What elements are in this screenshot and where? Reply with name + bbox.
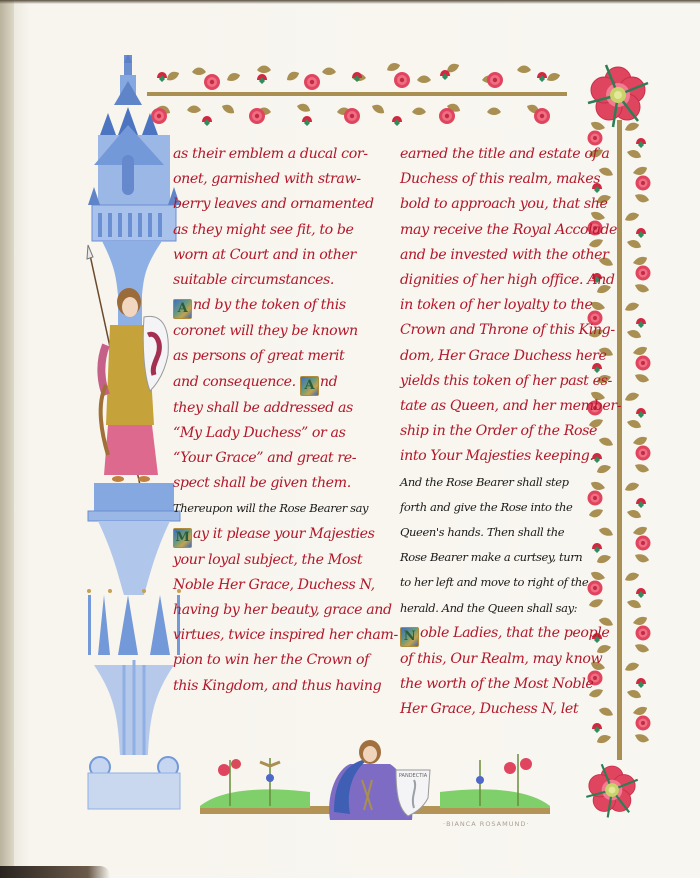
text-line: virtues, twice inspired her cham- xyxy=(173,623,358,648)
text-line: ship in the Order of the Rose xyxy=(400,419,585,444)
text-line: earned the title and estate of a xyxy=(400,142,585,167)
text-line: suitable circumstances. xyxy=(173,268,358,293)
left-text-column: as their emblem a ducal cor- onet, garni… xyxy=(173,142,358,699)
gothic-tower-column xyxy=(84,55,184,815)
seated-lady-figure: PANDECTIA xyxy=(329,740,430,820)
text-line-tail: nd xyxy=(320,374,337,390)
text-line: Noble Ladies, that the people xyxy=(400,621,585,647)
top-rose-vine-border xyxy=(147,58,567,130)
text-line: worn at Court and in other xyxy=(173,243,358,268)
text-line: “Your Grace” and great re- xyxy=(173,446,358,471)
shield-label: PANDECTIA xyxy=(399,773,428,779)
rubric-instruction: herald. And the Queen shall say: xyxy=(400,596,585,621)
text-line: as persons of great merit xyxy=(173,344,358,369)
right-text-column: earned the title and estate of a Duchess… xyxy=(400,142,585,722)
text-line: as their emblem a ducal cor- xyxy=(173,142,358,167)
text-line: spect shall be given them. xyxy=(173,471,358,496)
text-line: the worth of the Most Noble xyxy=(400,672,585,697)
text-line: as they might see fit, to be xyxy=(173,218,358,243)
manuscript-page: as their emblem a ducal cor- onet, garni… xyxy=(0,0,700,878)
illuminated-dropcap-n: N xyxy=(400,627,419,647)
text-line: Noble Her Grace, Duchess N, xyxy=(173,573,358,598)
rubric-instruction: And the Rose Bearer shall step xyxy=(400,470,585,495)
text-line: “My Lady Duchess” or as xyxy=(173,421,358,446)
text-line: in token of her loyalty to the xyxy=(400,293,585,318)
artist-signature: ·BIANCA ROSAMUND· xyxy=(443,820,529,828)
illuminated-dropcap-a: A xyxy=(300,376,319,396)
text-line: May it please your Majesties xyxy=(173,522,358,548)
tudor-rose-bottom-icon xyxy=(582,760,642,820)
top-shadow xyxy=(0,0,700,4)
text-line-body: and consequence. xyxy=(173,374,296,390)
illuminated-dropcap-m: M xyxy=(173,528,192,548)
text-line: tate as Queen, and her member- xyxy=(400,394,585,419)
garden-vignette-with-seated-lady: PANDECTIA xyxy=(200,740,550,820)
text-line: this Kingdom, and thus having xyxy=(173,674,358,699)
text-line: your loyal subject, the Most xyxy=(173,548,358,573)
text-line: coronet will they be known xyxy=(173,319,358,344)
text-line: And by the token of this xyxy=(173,293,358,319)
text-line: berry leaves and ornamented xyxy=(173,192,358,217)
rubric-instruction: Queen's hands. Then shall the xyxy=(400,520,585,545)
text-line: dom, Her Grace Duchess here xyxy=(400,344,585,369)
text-line: they shall be addressed as xyxy=(173,396,358,421)
text-line: and be invested with the other xyxy=(400,243,585,268)
text-line: pion to win her the Crown of xyxy=(173,648,358,673)
rubric-instruction: Rose Bearer make a curtsey, turn xyxy=(400,545,585,570)
rubric-instruction: forth and give the Rose into the xyxy=(400,495,585,520)
text-line: dignities of her high office. And xyxy=(400,268,585,293)
text-line: yields this token of her past es- xyxy=(400,369,585,394)
text-line: bold to approach you, that she xyxy=(400,192,585,217)
rubric-instruction: Thereupon will the Rose Bearer say xyxy=(173,496,358,521)
text-line-body: nd by the token of this xyxy=(193,297,346,313)
text-line: Crown and Throne of this King- xyxy=(400,318,585,343)
text-line: may receive the Royal Accolade xyxy=(400,218,585,243)
text-line: onet, garnished with straw- xyxy=(173,167,358,192)
binding-edge xyxy=(0,0,14,878)
text-line-body: oble Ladies, that the people xyxy=(420,625,609,641)
text-line: of this, Our Realm, may know xyxy=(400,647,585,672)
book-cover-edge xyxy=(0,866,110,878)
text-line: Her Grace, Duchess N, let xyxy=(400,697,585,722)
text-line: having by her beauty, grace and xyxy=(173,598,358,623)
text-line-body: ay it please your Majesties xyxy=(193,526,375,542)
illuminated-dropcap-a: A xyxy=(173,299,192,319)
text-line: Duchess of this realm, makes xyxy=(400,167,585,192)
rubric-instruction: to her left and move to right of the xyxy=(400,570,585,595)
text-line: and consequence. And xyxy=(173,370,358,396)
text-line: into Your Majesties keeping. xyxy=(400,444,585,469)
